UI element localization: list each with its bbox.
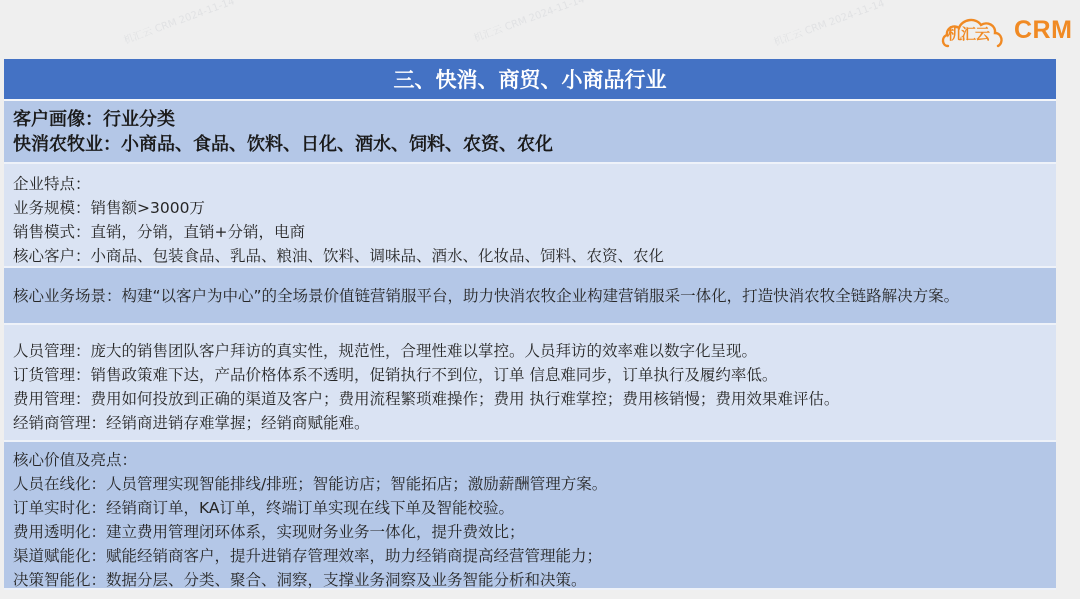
personnel-online: 人员在线化：人员管理实现智能排线/排班；智能访店；智能拓店；激励薪酬管理方案。 [13, 472, 1056, 496]
brand-name-cn: 机汇云 [947, 23, 989, 44]
table-title: 三、快消、商贸、小商品行业 [4, 59, 1056, 101]
expense-transparent: 费用透明化：建立费用管理闭环体系，实现财务业务一体化，提升费效比； [13, 520, 1056, 544]
core-value-heading: 核心价值及亮点： [13, 448, 1056, 472]
expense-management: 费用管理：费用如何投放到正确的渠道及客户；费用流程繁琐难操作；费用 执行难掌控；… [13, 387, 1056, 411]
slide-page: 机汇云 CRM 机汇云 CRM 2024-11-14 机汇云 CRM 2024-… [0, 0, 1080, 599]
brand-name-en: CRM [1014, 16, 1072, 45]
industry-categories: 快消农牧业：小商品、食品、饮料、日化、酒水、饲料、农资、农化 [13, 132, 1056, 157]
core-scenario-text: 核心业务场景：构建“以客户为中心”的全场景价值链营销服平台，助力快消农牧企业构建… [13, 284, 1056, 308]
channel-empowerment: 渠道赋能化：赋能经销商客户，提升进销存管理效率，助力经销商提高经营管理能力； [13, 544, 1056, 568]
brand-logo: 机汇云 CRM [940, 12, 1072, 48]
watermark: 机汇云 CRM 2024-11-14 [471, 0, 586, 45]
order-management: 订货管理：销售政策难下达，产品价格体系不透明，促销执行不到位，订单 信息难同步，… [13, 363, 1056, 387]
sales-mode: 销售模式：直销，分销，直销+分销，电商 [13, 220, 1056, 244]
enterprise-features-row: 企业特点： 业务规模：销售额>3000万 销售模式：直销，分销，直销+分销，电商… [4, 164, 1056, 268]
customer-profile-row: 客户画像：行业分类 快消农牧业：小商品、食品、饮料、日化、酒水、饲料、农资、农化 [4, 101, 1056, 164]
business-scale: 业务规模：销售额>3000万 [13, 196, 1056, 220]
watermark: 机汇云 CRM 2024-11-14 [121, 0, 236, 47]
pain-points-row: 人员管理：庞大的销售团队客户拜访的真实性，规范性，合理性难以掌控。人员拜访的效率… [4, 325, 1056, 442]
order-realtime: 订单实时化：经销商订单，KA订单，终端订单实现在线下单及智能校验。 [13, 496, 1056, 520]
customer-profile-label: 客户画像：行业分类 [13, 107, 1056, 132]
watermark: 机汇云 CRM 2024-11-14 [771, 0, 886, 49]
core-value-row: 核心价值及亮点： 人员在线化：人员管理实现智能排线/排班；智能访店；智能拓店；激… [4, 442, 1056, 590]
distributor-management: 经销商管理：经销商进销存难掌握；经销商赋能难。 [13, 411, 1056, 435]
core-scenario-row: 核心业务场景：构建“以客户为中心”的全场景价值链营销服平台，助力快消农牧企业构建… [4, 268, 1056, 325]
personnel-management: 人员管理：庞大的销售团队客户拜访的真实性，规范性，合理性难以掌控。人员拜访的效率… [13, 339, 1056, 363]
core-customers: 核心客户：小商品、包装食品、乳品、粮油、饮料、调味品、酒水、化妆品、饲料、农资、… [13, 244, 1056, 268]
cloud-icon: 机汇云 [940, 13, 1010, 47]
decision-intelligence: 决策智能化：数据分层、分类、聚合、洞察，支撑业务洞察及业务智能分析和决策。 [13, 568, 1056, 592]
enterprise-features-heading: 企业特点： [13, 172, 1056, 196]
industry-table: 三、快消、商贸、小商品行业 客户画像：行业分类 快消农牧业：小商品、食品、饮料、… [4, 59, 1056, 590]
